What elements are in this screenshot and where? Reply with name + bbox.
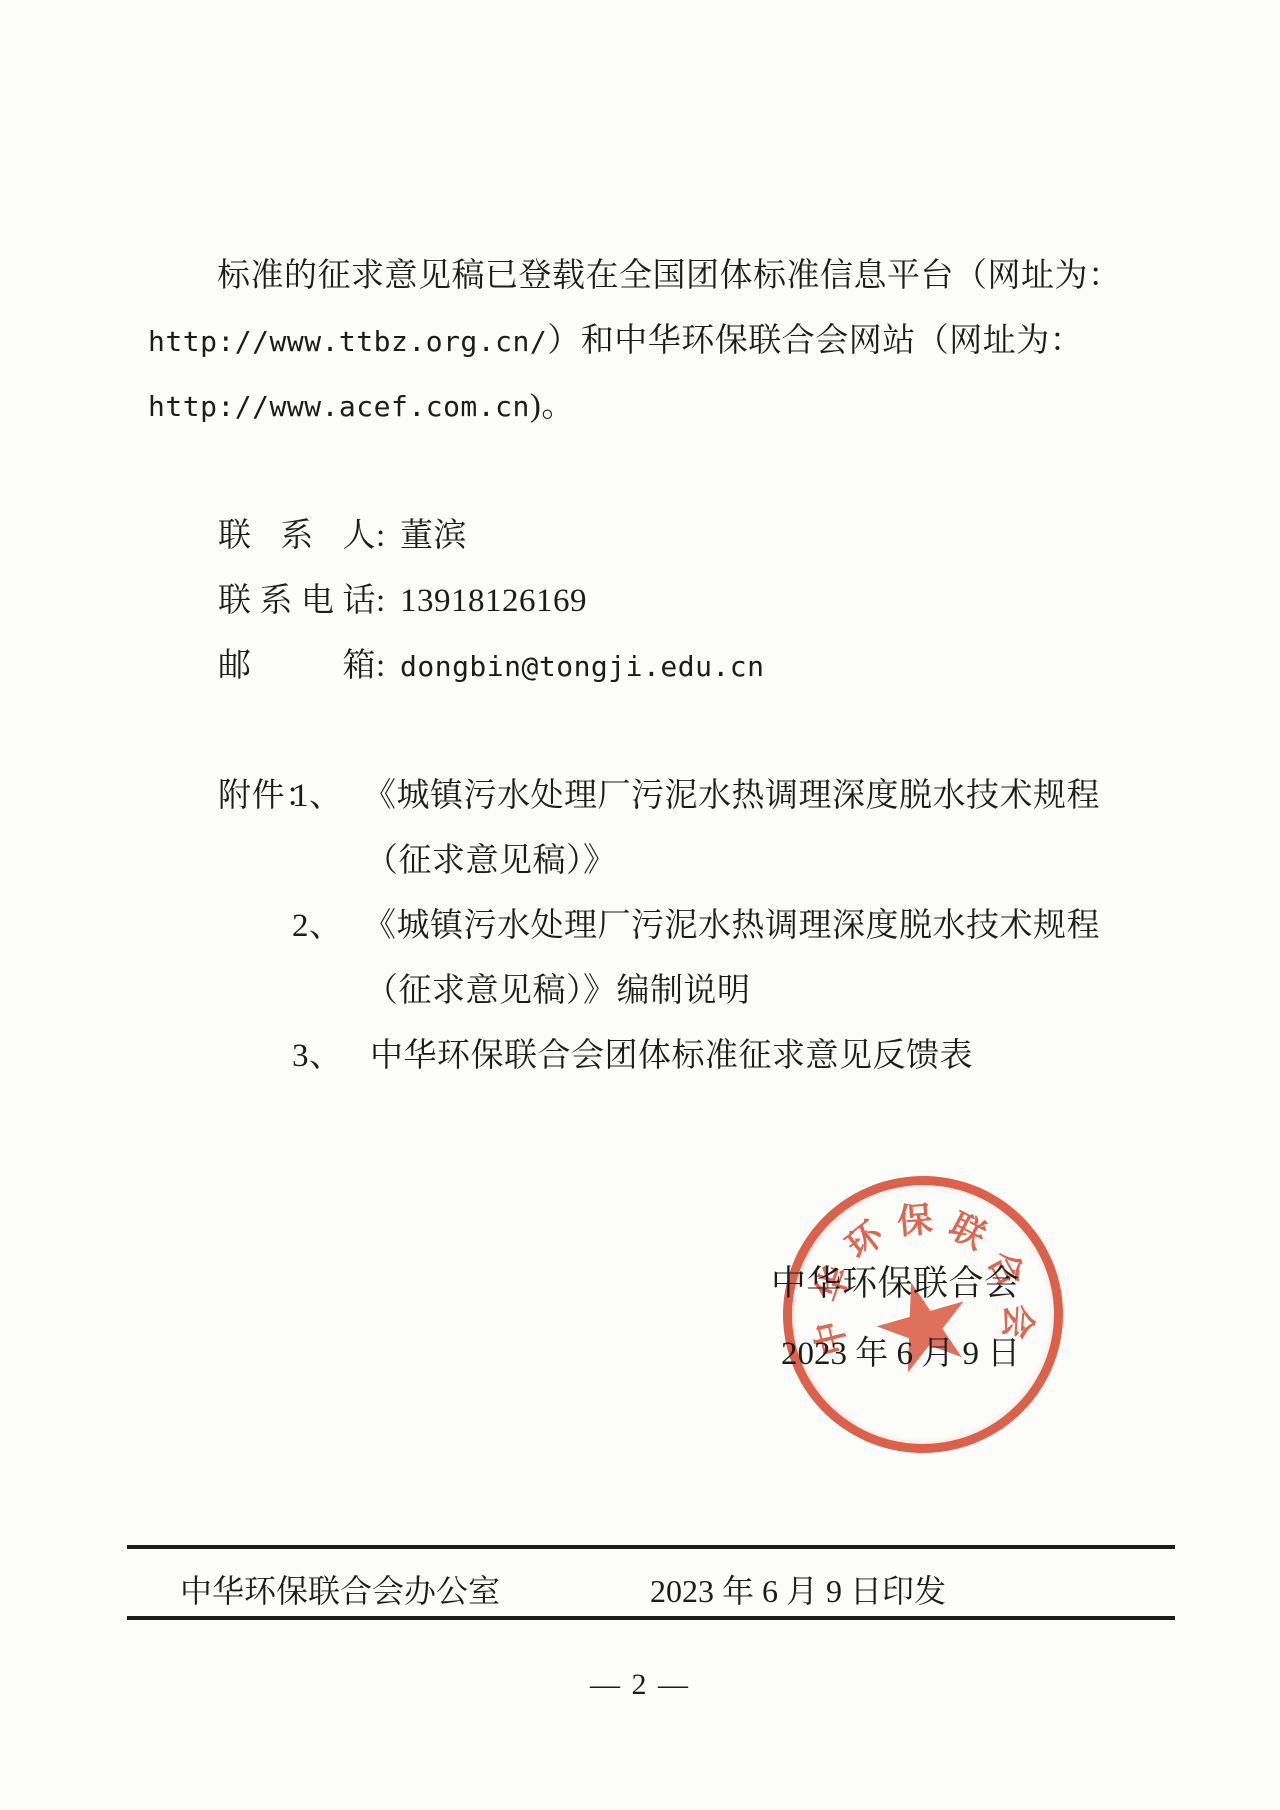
page-number: — 2 — (590, 1668, 690, 1702)
contact-email-value: dongbin@tongji.edu.cn (400, 650, 765, 683)
footer-rule-top (127, 1545, 1175, 1549)
paragraph-line-2-rest: ）和中华环保联合会网站（网址为： (547, 323, 1083, 359)
contact-email-row: 邮箱:dongbin@tongji.edu.cn (218, 643, 765, 690)
contact-phone-value: 13918126169 (400, 583, 587, 619)
paragraph-line-3: http://www.acef.com.cn)。 (148, 383, 575, 430)
attachment-2-line-2: （征求意见稿）》编制说明 (365, 968, 751, 1014)
footer-print-date: 2023 年 6 月 9 日印发 (650, 1566, 946, 1612)
attachment-1-line-1: 《城镇污水处理厂污泥水热调理深度脱水技术规程 (363, 773, 1100, 819)
contact-phone-label: 联系电话 (218, 578, 376, 624)
contact-phone-row: 联系电话:13918126169 (218, 578, 587, 624)
paragraph-line-1: 标准的征求意见稿已登载在全国团体标准信息平台（网址为： (217, 253, 1122, 299)
footer-rule-bottom (127, 1616, 1175, 1620)
signature-date: 2023 年 6 月 9 日 (781, 1327, 1020, 1374)
scanned-letter-page: 标准的征求意见稿已登载在全国团体标准信息平台（网址为： http://www.t… (0, 0, 1280, 1810)
signature-organization: 中华环保联合会 (771, 1256, 1020, 1306)
contact-phone-colon: : (376, 578, 400, 624)
contact-email-colon: : (376, 643, 400, 689)
attachment-2-line-1: 《城镇污水处理厂污泥水热调理深度脱水技术规程 (363, 903, 1100, 949)
attachment-1-number: 1、 (292, 773, 343, 819)
contact-person-row: 联系人:董滨 (218, 513, 467, 559)
seal-ring-char: 保 (891, 1194, 939, 1242)
attachment-3-line-1: 中华环保联合会团体标准征求意见反馈表 (370, 1033, 973, 1079)
attachment-2-number: 2、 (292, 903, 343, 949)
paragraph-line-3-rest: )。 (530, 388, 575, 424)
footer-office: 中华环保联合会办公室 (180, 1566, 500, 1612)
paragraph-line-2: http://www.ttbz.org.cn/）和中华环保联合会网站（网址为： (148, 318, 1083, 365)
contact-person-colon: : (376, 513, 400, 559)
contact-person-label: 联系人 (218, 513, 376, 559)
url-ttbz: http://www.ttbz.org.cn/ (148, 325, 547, 358)
official-seal-stamp: 中 华 环 保 联 合 会 ★ (774, 1167, 1073, 1463)
contact-person-value: 董滨 (400, 518, 467, 554)
attachment-3-number: 3、 (292, 1033, 343, 1079)
attachment-1-line-2: （征求意见稿）》 (365, 838, 617, 884)
url-acef: http://www.acef.com.cn (148, 390, 530, 423)
contact-email-label: 邮箱 (218, 643, 376, 689)
